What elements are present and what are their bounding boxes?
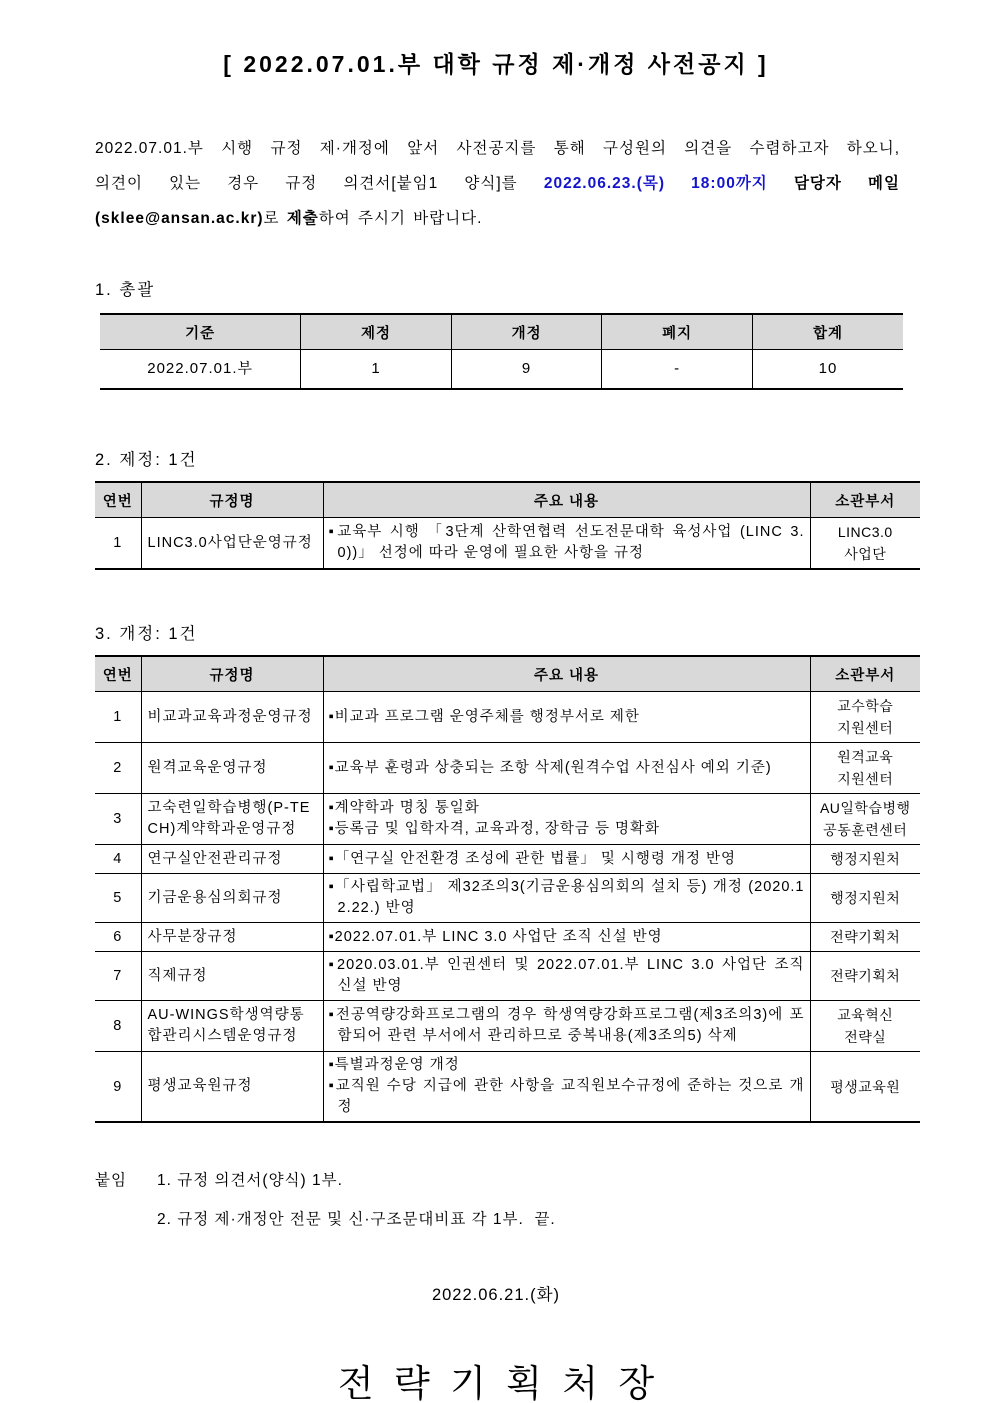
intro-text-1: 2022.07.01.부 시행 규정 제·개정에 앞서 사전공지를 통해 구성원… <box>95 140 900 157</box>
content-item: ▪「사립학교법」 제32조의3(기금운용심의회의 설치 등) 개정 (2020.… <box>329 877 805 919</box>
attachments-label: 붙임 <box>95 1161 157 1200</box>
table-row: 3 고숙련일학습병행(P-TECH)계약학과운영규정 ▪계약학과 명칭 통일화 … <box>95 794 920 845</box>
regulation-name: 연구실안전관리규정 <box>141 845 323 874</box>
enact-col-content: 주요 내용 <box>323 482 810 518</box>
main-content: ▪특별과정운영 개정 ▪교직원 수당 지급에 관한 사항을 교직원보수규정에 준… <box>323 1052 810 1123</box>
submit-emphasis: 제출 <box>287 210 319 227</box>
enact-col-dept: 소관부서 <box>810 482 920 518</box>
revision-header-row: 연번 규정명 주요 내용 소관부서 <box>95 656 920 692</box>
revise-col-no: 연번 <box>95 656 141 692</box>
intro-line-1: 2022.07.01.부 시행 규정 제·개정에 앞서 사전공지를 통해 구성원… <box>95 131 900 166</box>
summary-abolish-value: - <box>602 350 753 390</box>
content-item: ▪특별과정운영 개정 <box>329 1055 805 1076</box>
row-number: 2 <box>95 743 141 794</box>
summary-col-total: 합계 <box>752 314 903 350</box>
document-date: 2022.06.21.(화) <box>0 1281 992 1305</box>
revise-col-content: 주요 내용 <box>323 656 810 692</box>
department: 교수학습 지원센터 <box>810 692 920 743</box>
regulation-name: 기금운용심의회규정 <box>141 874 323 923</box>
main-content: ▪계약학과 명칭 통일화 ▪등록금 및 입학자격, 교육과정, 장학금 등 명확… <box>323 794 810 845</box>
summary-basis-value: 2022.07.01.부 <box>100 350 301 390</box>
attachments-block: 붙임 1. 규정 의견서(양식) 1부. 2. 규정 제·개정안 전문 및 신·… <box>95 1161 992 1239</box>
content-item: ▪계약학과 명칭 통일화 <box>329 798 805 819</box>
row-number: 1 <box>95 692 141 743</box>
signature-title: 전략기획처장 <box>0 1353 992 1403</box>
enactment-header-row: 연번 규정명 주요 내용 소관부서 <box>95 482 920 518</box>
page-title: [ 2022.07.01.부 대학 규정 제·개정 사전공지 ] <box>0 46 992 79</box>
main-content: ▪「연구실 안전환경 조성에 관한 법률」 및 시행령 개정 반영 <box>323 845 810 874</box>
table-row: 7 직제규정 ▪2020.03.01.부 인권센터 및 2022.07.01.부… <box>95 952 920 1001</box>
content-item: ▪교육부 시행 「3단계 산학연협력 선도전문대학 육성사업 (LINC 3.0… <box>329 522 805 564</box>
revise-col-name: 규정명 <box>141 656 323 692</box>
regulation-name: 평생교육원규정 <box>141 1052 323 1123</box>
department: 전략기획처 <box>810 923 920 952</box>
department: 행정지원처 <box>810 845 920 874</box>
main-content: ▪2020.03.01.부 인권센터 및 2022.07.01.부 LINC 3… <box>323 952 810 1001</box>
department: 행정지원처 <box>810 874 920 923</box>
main-content: ▪교육부 시행 「3단계 산학연협력 선도전문대학 육성사업 (LINC 3.0… <box>323 518 810 570</box>
content-item: ▪「연구실 안전환경 조성에 관한 법률」 및 시행령 개정 반영 <box>329 849 805 870</box>
attachment-line-2: 2. 규정 제·개정안 전문 및 신·구조문대비표 각 1부. 끝. <box>157 1200 556 1239</box>
main-content: ▪비교과 프로그램 운영주체를 행정부서로 제한 <box>323 692 810 743</box>
department: AU일학습병행 공동훈련센터 <box>810 794 920 845</box>
content-item: ▪교직원 수당 지급에 관한 사항을 교직원보수규정에 준하는 것으로 개정 <box>329 1076 805 1118</box>
regulation-name: 고숙련일학습병행(P-TECH)계약학과운영규정 <box>141 794 323 845</box>
content-item: ▪등록금 및 입학자격, 교육과정, 장학금 등 명확화 <box>329 819 805 840</box>
content-item: ▪2020.03.01.부 인권센터 및 2022.07.01.부 LINC 3… <box>329 955 805 997</box>
row-number: 4 <box>95 845 141 874</box>
department: 전략기획처 <box>810 952 920 1001</box>
row-number: 9 <box>95 1052 141 1123</box>
summary-header-row: 기준 제정 개정 폐지 합계 <box>100 314 903 350</box>
regulation-name: AU-WINGS학생역량통합관리시스템운영규정 <box>141 1001 323 1052</box>
intro-paragraph: 2022.07.01.부 시행 규정 제·개정에 앞서 사전공지를 통해 구성원… <box>95 131 900 236</box>
summary-col-basis: 기준 <box>100 314 301 350</box>
department: 원격교육 지원센터 <box>810 743 920 794</box>
summary-revise-value: 9 <box>451 350 602 390</box>
summary-data-row: 2022.07.01.부 1 9 - 10 <box>100 350 903 390</box>
row-number: 1 <box>95 518 141 570</box>
department: 교육혁신 전략실 <box>810 1001 920 1052</box>
attachments-list: 1. 규정 의견서(양식) 1부. 2. 규정 제·개정안 전문 및 신·구조문… <box>157 1161 556 1239</box>
main-content: ▪2022.07.01.부 LINC 3.0 사업단 조직 신설 반영 <box>323 923 810 952</box>
table-row: 1 비교과교육과정운영규정 ▪비교과 프로그램 운영주체를 행정부서로 제한 교… <box>95 692 920 743</box>
department: LINC3.0 사업단 <box>810 518 920 570</box>
regulation-name: 비교과교육과정운영규정 <box>141 692 323 743</box>
section-1-heading: 1. 총괄 <box>95 276 992 300</box>
department: 평생교육원 <box>810 1052 920 1123</box>
summary-total-value: 10 <box>752 350 903 390</box>
main-content: ▪교육부 훈령과 상충되는 조항 삭제(원격수업 사전심사 예외 기준) <box>323 743 810 794</box>
regulation-name: 사무분장규정 <box>141 923 323 952</box>
table-row: 4 연구실안전관리규정 ▪「연구실 안전환경 조성에 관한 법률」 및 시행령 … <box>95 845 920 874</box>
content-item: ▪비교과 프로그램 운영주체를 행정부서로 제한 <box>329 707 805 728</box>
table-row: 5 기금운용심의회규정 ▪「사립학교법」 제32조의3(기금운용심의회의 설치 … <box>95 874 920 923</box>
row-number: 7 <box>95 952 141 1001</box>
section-3-heading: 3. 개정: 1건 <box>95 620 992 644</box>
main-content: ▪전공역량강화프로그램의 경우 학생역량강화프로그램(제3조의3)에 포함되어 … <box>323 1001 810 1052</box>
table-row: 2 원격교육운영규정 ▪교육부 훈령과 상충되는 조항 삭제(원격수업 사전심사… <box>95 743 920 794</box>
enact-col-no: 연번 <box>95 482 141 518</box>
revise-col-dept: 소관부서 <box>810 656 920 692</box>
enact-col-name: 규정명 <box>141 482 323 518</box>
main-content: ▪「사립학교법」 제32조의3(기금운용심의회의 설치 등) 개정 (2020.… <box>323 874 810 923</box>
attachment-line-1: 1. 규정 의견서(양식) 1부. <box>157 1161 556 1200</box>
summary-col-revise: 개정 <box>451 314 602 350</box>
table-row: 8 AU-WINGS학생역량통합관리시스템운영규정 ▪전공역량강화프로그램의 경… <box>95 1001 920 1052</box>
regulation-name: LINC3.0사업단운영규정 <box>141 518 323 570</box>
revision-table: 연번 규정명 주요 내용 소관부서 1 비교과교육과정운영규정 ▪비교과 프로그… <box>95 655 920 1123</box>
email-text: (sklee@ansan.ac.kr) <box>95 210 264 227</box>
content-item: ▪2022.07.01.부 LINC 3.0 사업단 조직 신설 반영 <box>329 927 805 948</box>
deadline-text: 2022.06.23.(목) 18:00까지 <box>544 175 768 192</box>
regulation-name: 원격교육운영규정 <box>141 743 323 794</box>
row-number: 5 <box>95 874 141 923</box>
intro-line-2: 의견이 있는 경우 규정 의견서[붙임1 양식]를 2022.06.23.(목)… <box>95 166 900 201</box>
enactment-table: 연번 규정명 주요 내용 소관부서 1 LINC3.0사업단운영규정 ▪교육부 … <box>95 481 920 570</box>
summary-col-enact: 제정 <box>301 314 452 350</box>
intro-text-2: 의견이 있는 경우 규정 의견서[붙임1 양식]를 <box>95 175 544 192</box>
table-row: 6 사무분장규정 ▪2022.07.01.부 LINC 3.0 사업단 조직 신… <box>95 923 920 952</box>
row-number: 3 <box>95 794 141 845</box>
row-number: 6 <box>95 923 141 952</box>
intro-text-4: 하여 주시기 바랍니다. <box>319 210 483 227</box>
content-item: ▪전공역량강화프로그램의 경우 학생역량강화프로그램(제3조의3)에 포함되어 … <box>329 1005 805 1047</box>
section-2-heading: 2. 제정: 1건 <box>95 446 992 470</box>
intro-text-3: 로 <box>264 210 287 227</box>
row-number: 8 <box>95 1001 141 1052</box>
contact-label: 담당자 메일 <box>768 175 900 192</box>
summary-enact-value: 1 <box>301 350 452 390</box>
content-item: ▪교육부 훈령과 상충되는 조항 삭제(원격수업 사전심사 예외 기준) <box>329 758 805 779</box>
document-page: [ 2022.07.01.부 대학 규정 제·개정 사전공지 ] 2022.07… <box>0 0 992 1403</box>
regulation-name: 직제규정 <box>141 952 323 1001</box>
table-row: 9 평생교육원규정 ▪특별과정운영 개정 ▪교직원 수당 지급에 관한 사항을 … <box>95 1052 920 1123</box>
intro-line-3: (sklee@ansan.ac.kr)로 제출하여 주시기 바랍니다. <box>95 201 900 236</box>
summary-col-abolish: 폐지 <box>602 314 753 350</box>
table-row: 1 LINC3.0사업단운영규정 ▪교육부 시행 「3단계 산학연협력 선도전문… <box>95 518 920 570</box>
summary-table: 기준 제정 개정 폐지 합계 2022.07.01.부 1 9 - 10 <box>100 313 903 390</box>
